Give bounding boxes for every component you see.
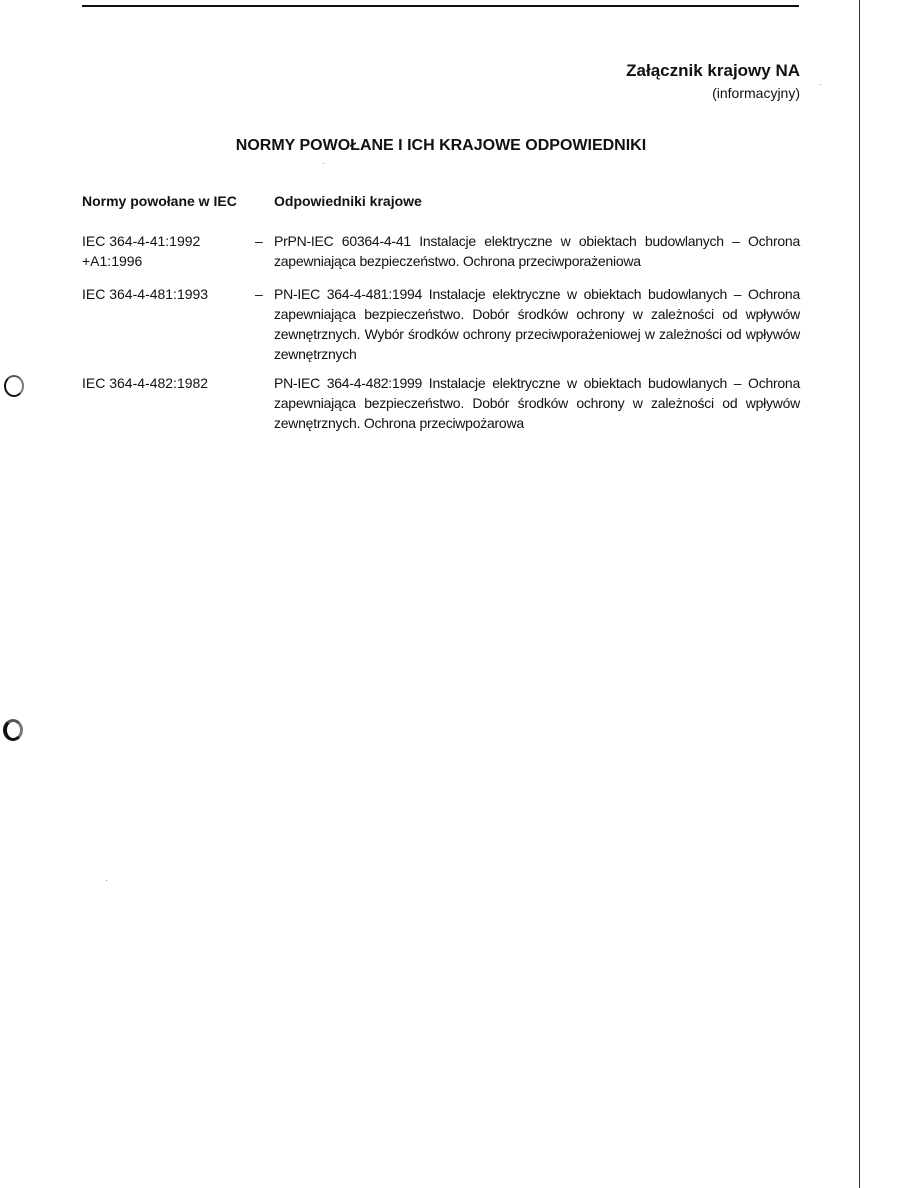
scan-speck: [820, 84, 821, 85]
entry-dash: –: [255, 231, 263, 251]
punch-hole-icon: [3, 719, 23, 741]
entry-dash: –: [255, 284, 263, 304]
national-equivalent-text: PN-IEC 364-4-482:1999 Instalacje elektry…: [274, 373, 800, 433]
column-header-iec-standards: Normy powołane w IEC: [82, 193, 237, 209]
iec-standard-reference: IEC 364-4-41:1992 +A1:1996: [82, 231, 200, 271]
national-equivalent-text: PrPN-IEC 60364-4-41 Instalacje elektrycz…: [274, 231, 800, 271]
scan-speck: [106, 880, 107, 881]
national-equivalent-text: PN-IEC 364-4-481:1994 Instalacje elektry…: [274, 284, 800, 364]
iec-standard-reference: IEC 364-4-481:1993: [82, 284, 208, 304]
top-rule: [82, 5, 799, 7]
punch-hole-icon: [4, 375, 24, 397]
scan-speck: [323, 163, 324, 164]
column-header-national-equivalents: Odpowiedniki krajowe: [274, 193, 422, 209]
annex-title: Załącznik krajowy NA: [626, 61, 800, 81]
iec-standard-reference: IEC 364-4-482:1982: [82, 373, 208, 393]
document-heading: NORMY POWOŁANE I ICH KRAJOWE ODPOWIEDNIK…: [0, 137, 882, 155]
annex-subtitle: (informacyjny): [712, 85, 800, 101]
page-edge-line: [859, 0, 860, 1188]
